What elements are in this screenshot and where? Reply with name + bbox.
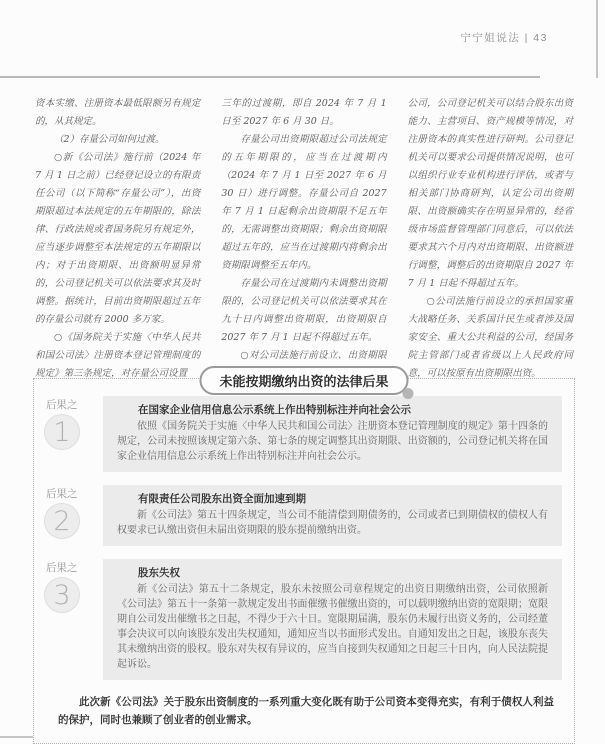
consequence-item-2-marker: 后果之 2: [44, 485, 96, 546]
consequence-body: 新《公司法》第五十四条规定，当公司不能清偿到期债务的，公司或者已到期债权的债权人…: [117, 508, 548, 538]
consequence-title: 有限责任公司股东出资全面加速到期: [117, 492, 548, 507]
paragraph: ○公司法施行前设立的承担国家重大战略任务、关系国计民生或者涉及国家安全、重大公共…: [408, 293, 573, 383]
consequence-label: 后果之: [46, 397, 96, 412]
page-header-text: 宁宁姐说法 | 43: [460, 32, 548, 44]
consequence-item-1-marker: 后果之 1: [44, 396, 96, 472]
page-header: 宁宁姐说法 | 43: [460, 30, 548, 45]
paragraph: ○《国务院关于实施〈中华人民共和国公司法〉注册资本登记管理制度的规定》第三条规定…: [35, 329, 200, 383]
consequence-item-3-content: 股东失权 新《公司法》第五十二条规定，股东未按照公司章程规定的出资日期缴纳出资，…: [103, 559, 562, 680]
consequence-item-1-content: 在国家企业信用信息公示系统上作出特别标注并向社会公示 依照《国务院关于实施〈中华…: [103, 396, 562, 472]
consequence-number-badge: 2: [44, 503, 80, 539]
consequence-number-badge: 3: [44, 577, 80, 613]
consequence-label: 后果之: [46, 486, 96, 501]
consequence-title: 股东失权: [117, 566, 548, 581]
consequence-item-3: 后果之 3 股东失权 新《公司法》第五十二条规定，股东未按照公司章程规定的出资日…: [44, 559, 562, 680]
conclusion-paragraph: 此次新《公司法》关于股东出资制度的一系列重大变化既有助于公司资本变得充实，有利于…: [58, 693, 554, 729]
top-rule: [0, 76, 540, 78]
consequence-title: 在国家企业信用信息公示系统上作出特别标注并向社会公示: [117, 403, 548, 418]
article-column-3: 公司，公司登记机关可以结合股东出资能力、主营项目、资产规模等情况，对注册资本的真…: [408, 95, 573, 383]
consequence-label: 后果之: [46, 560, 96, 575]
right-edge-rule: [596, 0, 598, 78]
article-body: 资本实缴、注册资本最低限额另有规定的，从其规定。 （2）存量公司如何过渡。 ○新…: [35, 95, 573, 383]
title-pill-dot-icon: [403, 388, 414, 399]
consequence-item-3-marker: 后果之 3: [44, 559, 96, 680]
paragraph: 资本实缴、注册资本最低限额另有规定的，从其规定。: [35, 95, 200, 131]
paragraph: 存量公司出资期限超过公司法规定的五年期限的，应当在过渡期内（2024 年 7 月…: [221, 131, 386, 275]
consequences-box: 未能按期缴纳出资的法律后果 后果之 1 在国家企业信用信息公示系统上作出特别标注…: [33, 378, 575, 744]
consequences-box-title: 未能按期缴纳出资的法律后果: [199, 366, 408, 395]
article-column-2: 三年的过渡期，即自 2024 年 7 月 1 日至 2027 年 6 月 30 …: [221, 95, 386, 383]
paragraph: 三年的过渡期，即自 2024 年 7 月 1 日至 2027 年 6 月 30 …: [221, 95, 386, 131]
paragraph: 存量公司在过渡期内未调整出资期限的，公司登记机关可以依法要求其在九十日内调整出资…: [221, 275, 386, 347]
consequence-body: 依照《国务院关于实施〈中华人民共和国公司法〉注册资本登记管理制度的规定》第十四条…: [117, 419, 548, 464]
consequence-body: 新《公司法》第五十二条规定，股东未按照公司章程规定的出资日期缴纳出资，公司依照新…: [117, 582, 548, 672]
consequence-item-2: 后果之 2 有限责任公司股东出资全面加速到期 新《公司法》第五十四条规定，当公司…: [44, 485, 562, 546]
consequence-item-1: 后果之 1 在国家企业信用信息公示系统上作出特别标注并向社会公示 依照《国务院关…: [44, 396, 562, 472]
article-column-1: 资本实缴、注册资本最低限额另有规定的，从其规定。 （2）存量公司如何过渡。 ○新…: [35, 95, 200, 383]
paragraph: 公司，公司登记机关可以结合股东出资能力、主营项目、资产规模等情况，对注册资本的真…: [408, 95, 573, 293]
consequence-number-badge: 1: [44, 414, 80, 450]
paragraph: （2）存量公司如何过渡。: [35, 131, 200, 149]
consequences-box-title-text: 未能按期缴纳出资的法律后果: [219, 374, 388, 389]
paragraph: ○新《公司法》施行前（2024 年 7 月 1 日之前）已经登记设立的有限责任公…: [35, 149, 200, 329]
consequence-item-2-content: 有限责任公司股东出资全面加速到期 新《公司法》第五十四条规定，当公司不能清偿到期…: [103, 485, 562, 546]
